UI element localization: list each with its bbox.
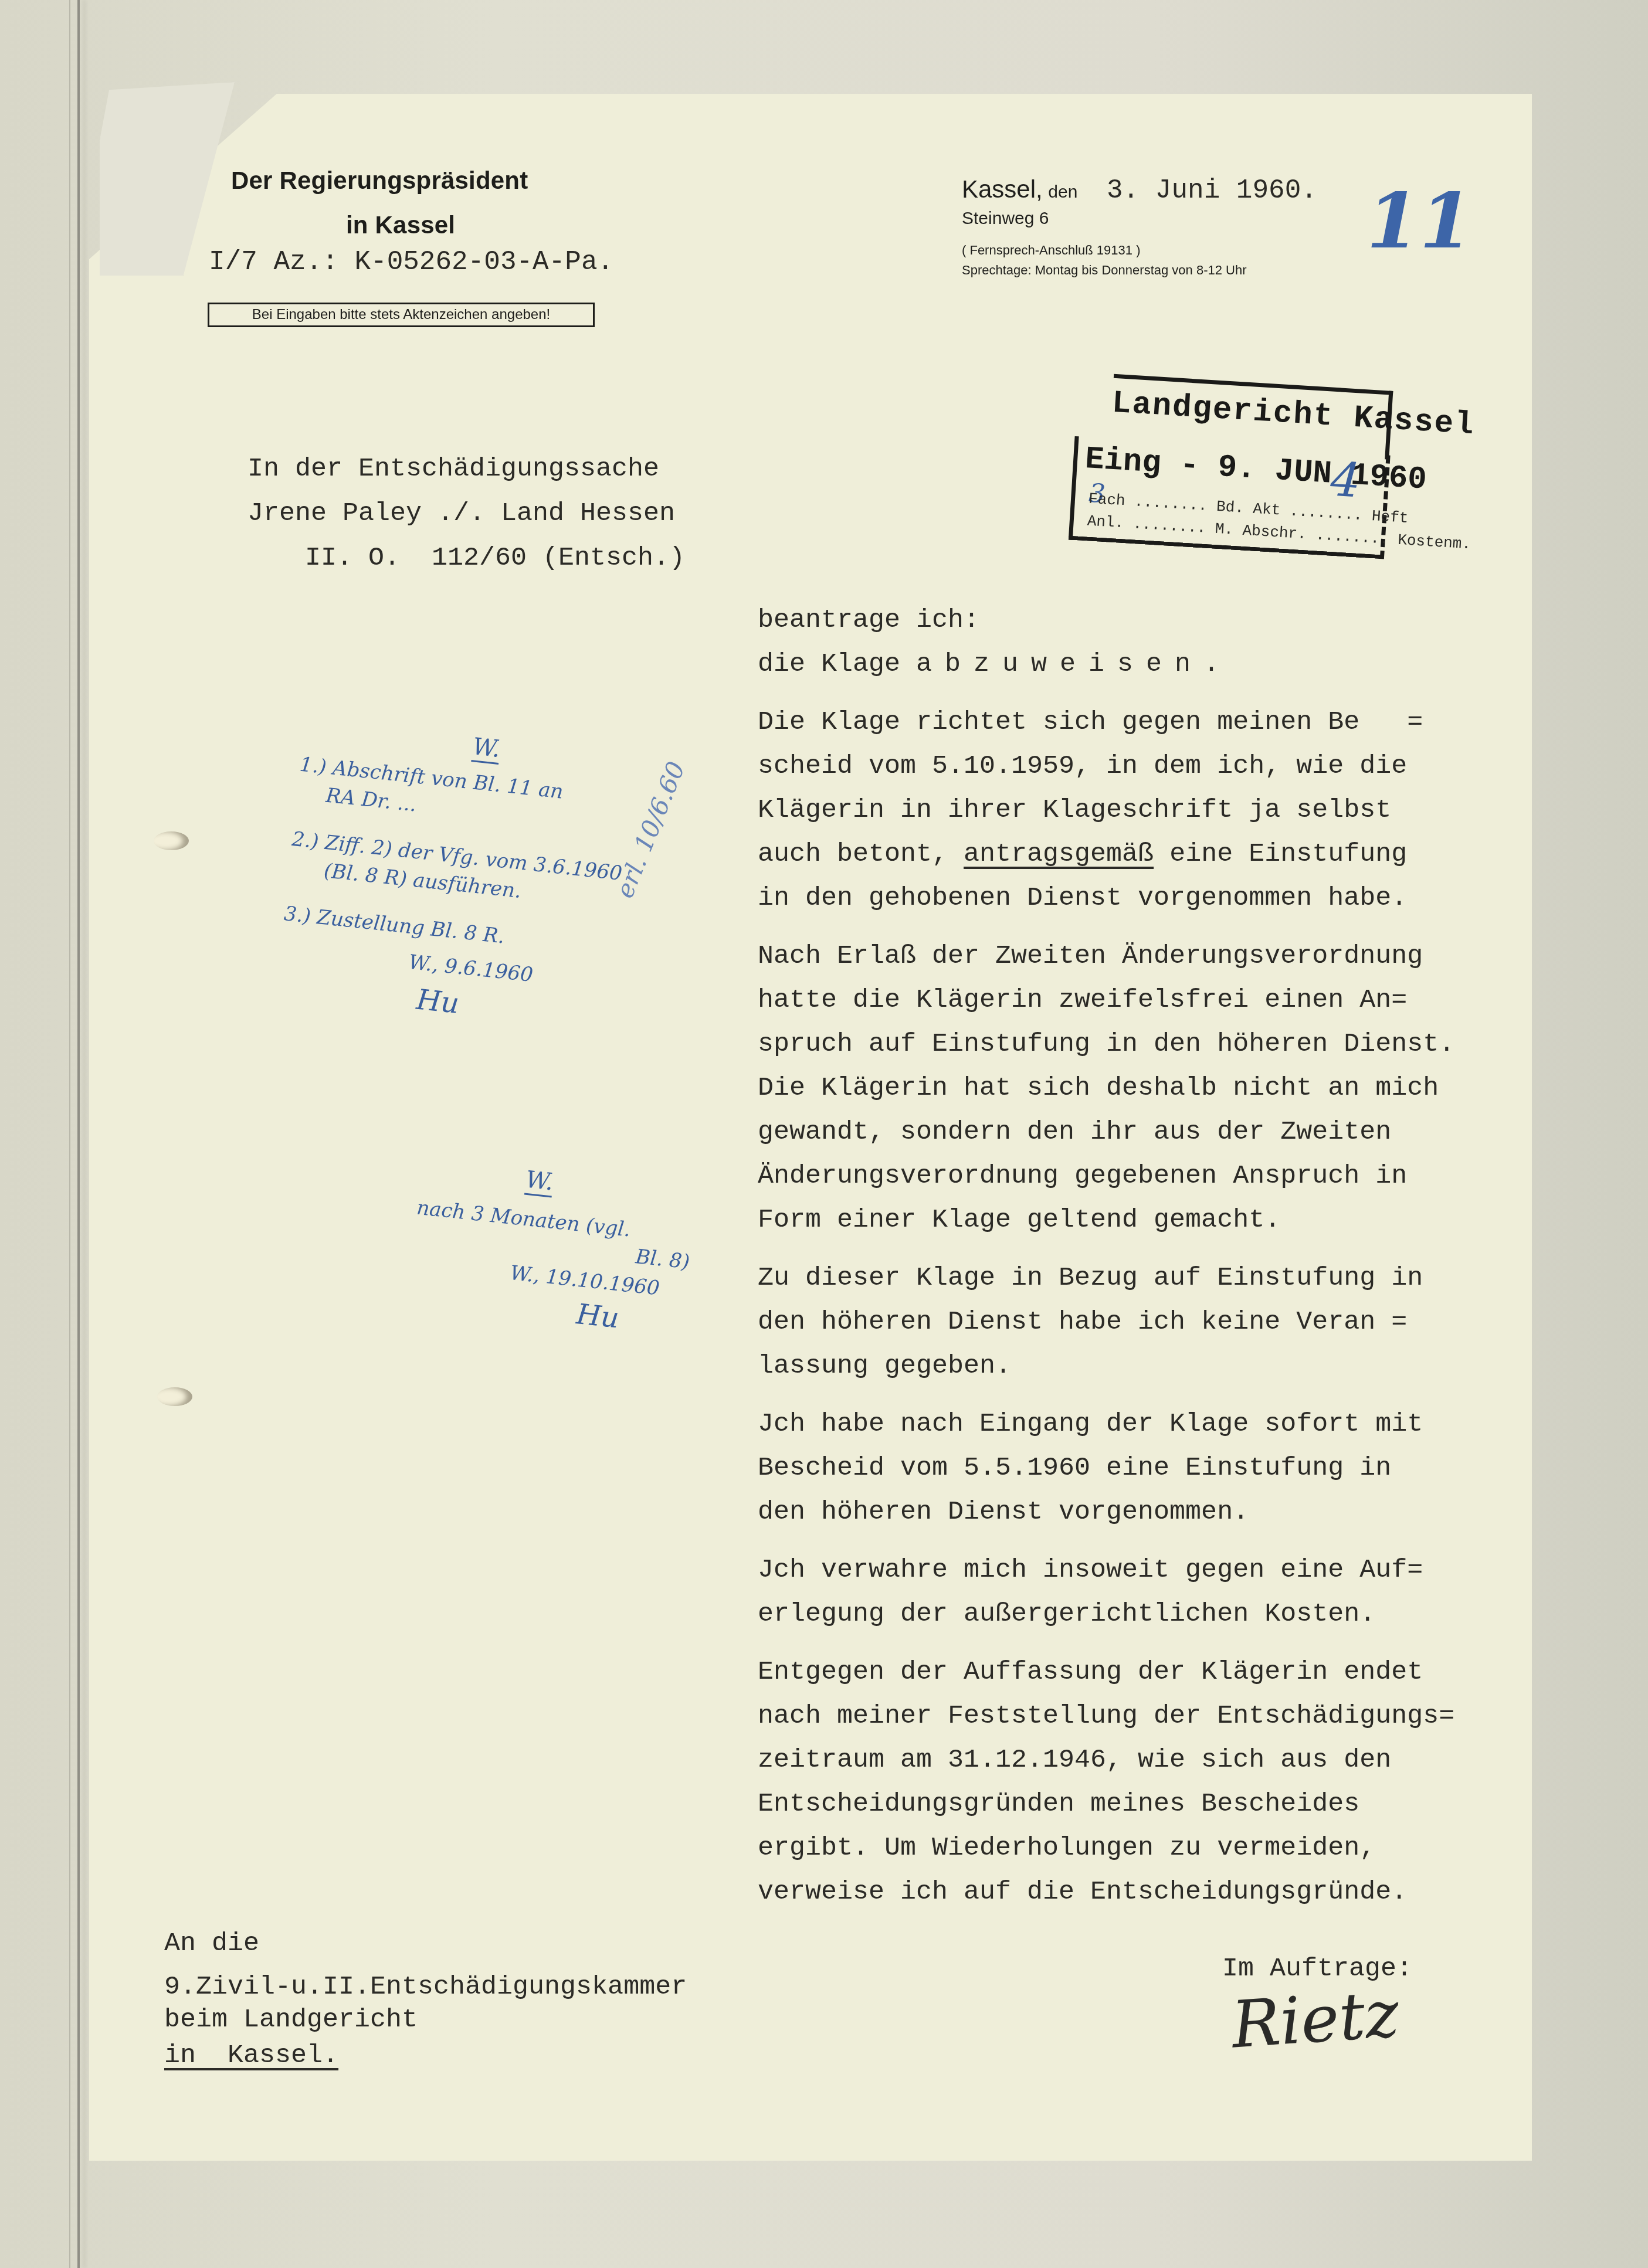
recipient-line: An die (164, 1926, 687, 1962)
request-intro: beantrage ich: (758, 598, 1454, 642)
body-line: den höheren Dienst habe ich keine Veran … (758, 1300, 1454, 1344)
paragraph-4: Jch habe nach Eingang der Klage sofort m… (758, 1402, 1454, 1534)
court-received-stamp: Landgericht Kassel Eing - 9. JUN 1960 4 … (1069, 372, 1389, 561)
handwritten-note-1: W. 1.) Abschrift von Bl. 11 an RA Dr. ..… (275, 715, 635, 1035)
request-line: die Klage abzuweisen. (758, 642, 1454, 686)
body-line: nach meiner Feststellung der Entschädigu… (758, 1694, 1454, 1738)
place-date-line: Kassel, den 3. Juni 1960. (962, 169, 1317, 213)
folio-number-mark: 11 (1366, 176, 1473, 266)
handwritten-note-2: W. nach 3 Monaten (vgl. Bl. 8) W., 19.10… (406, 1155, 698, 1342)
reference-number: I/7 Az.: K-05262-03-A-Pa. (209, 240, 613, 284)
punch-hole-lower (157, 1387, 192, 1406)
phone-number: ( Fernsprech-Anschluß 19131 ) (962, 243, 1140, 258)
recipient-line: 9.Zivil-u.II.Entschädigungskammer (164, 1969, 687, 2005)
body-line: Änderungsverordnung gegebenen Anspruch i… (758, 1154, 1454, 1198)
body-line: ergibt. Um Wiederholungen zu vermeiden, (758, 1826, 1454, 1870)
body-line: verweise ich auf die Entscheidungsgründe… (758, 1870, 1454, 1914)
body-line: hatte die Klägerin zweifelsfrei einen An… (758, 978, 1454, 1022)
body-line: Entgegen der Auffassung der Klägerin end… (758, 1650, 1454, 1694)
body-line: auch betont, antragsgemäß eine Einstufun… (758, 832, 1454, 876)
body-line-end: eine Einstufung (1154, 839, 1407, 869)
body-line: Die Klägerin hat sich deshalb nicht an m… (758, 1066, 1454, 1110)
body-line: Klägerin in ihrer Klageschrift ja selbst (758, 788, 1454, 832)
stamp-eing-label: Eing (1084, 442, 1162, 482)
body-line: spruch auf Einstufung in den höheren Die… (758, 1022, 1454, 1066)
request-verb-spaced: abzuweisen. (916, 649, 1232, 679)
body-line: erlegung der außergerichtlichen Kosten. (758, 1592, 1454, 1636)
recipient-line: beim Landgericht (164, 2005, 687, 2035)
request-prefix: die Klage (758, 649, 900, 679)
body-line: scheid vom 5.10.1959, in dem ich, wie di… (758, 744, 1454, 788)
body-line: Bescheid vom 5.5.1960 eine Einstufung in (758, 1446, 1454, 1490)
handwritten-signature: Rietz (1229, 1976, 1401, 2063)
body-line: Entscheidungsgründen meines Bescheides (758, 1782, 1454, 1826)
body-line: gewandt, sondern den ihr aus der Zweiten (758, 1110, 1454, 1154)
office-address: Steinweg 6 (962, 209, 1049, 229)
letter-date: 3. Juni 1960. (1107, 175, 1317, 206)
body-line: Die Klage richtet sich gegen meinen Be = (758, 700, 1454, 744)
body-line: Jch habe nach Eingang der Klage sofort m… (758, 1402, 1454, 1446)
recipient-address: An die 9.Zivil-u.II.Entschädigungskammer… (164, 1926, 687, 2077)
recipient-city: in Kassel. (164, 2035, 687, 2077)
den-label: den (1048, 182, 1077, 202)
body-line: den höheren Dienst vorgenommen. (758, 1490, 1454, 1534)
reference-hint-box: Bei Eingaben bitte stets Aktenzeichen an… (208, 303, 595, 327)
body-line: Zu dieser Klage in Bezug auf Einstufung … (758, 1256, 1454, 1300)
paragraph-1: Die Klage richtet sich gegen meinen Be =… (758, 700, 1454, 920)
paragraph-6: Entgegen der Auffassung der Klägerin end… (758, 1650, 1454, 1914)
binder-edge (69, 0, 70, 2268)
note-line: 3.) Zustellung Bl. 8 R. (283, 902, 615, 960)
underlined-word: antragsgemäß (964, 839, 1154, 869)
body-line: Form einer Klage geltend gemacht. (758, 1198, 1454, 1242)
case-number: II. O. 112/60 (Entsch.) (305, 536, 685, 580)
body-line: Jch verwahre mich insoweit gegen eine Au… (758, 1548, 1454, 1592)
binder-edge-dark (77, 0, 80, 2268)
stamp-handwritten-number: 4 (1329, 452, 1362, 508)
punch-hole-upper (154, 831, 189, 850)
case-subject: In der Entschädigungssache (247, 447, 659, 491)
case-parties: Jrene Paley ./. Land Hessen (247, 491, 675, 535)
body-line: zeitraum am 31.12.1946, wie sich aus den (758, 1738, 1454, 1782)
authority-name: Der Regierungspräsident (231, 167, 528, 195)
letter-body: beantrage ich: die Klage abzuweisen. Die… (758, 598, 1454, 1914)
office-hours: Sprechtage: Montag bis Donnerstag von 8-… (962, 263, 1247, 278)
body-line: in den gehobenen Dienst vorgenommen habe… (758, 876, 1454, 920)
note-line: Bl. 8) (635, 1245, 691, 1274)
authority-city: in Kassel (346, 211, 455, 239)
body-line-start: auch betont, (758, 839, 964, 869)
paragraph-5: Jch verwahre mich insoweit gegen eine Au… (758, 1548, 1454, 1636)
body-line: Nach Erlaß der Zweiten Änderungsverordnu… (758, 934, 1454, 978)
place-label: Kassel, (962, 175, 1043, 203)
paragraph-3: Zu dieser Klage in Bezug auf Einstufung … (758, 1256, 1454, 1388)
paragraph-2: Nach Erlaß der Zweiten Änderungsverordnu… (758, 934, 1454, 1242)
body-line: lassung gegeben. (758, 1344, 1454, 1388)
